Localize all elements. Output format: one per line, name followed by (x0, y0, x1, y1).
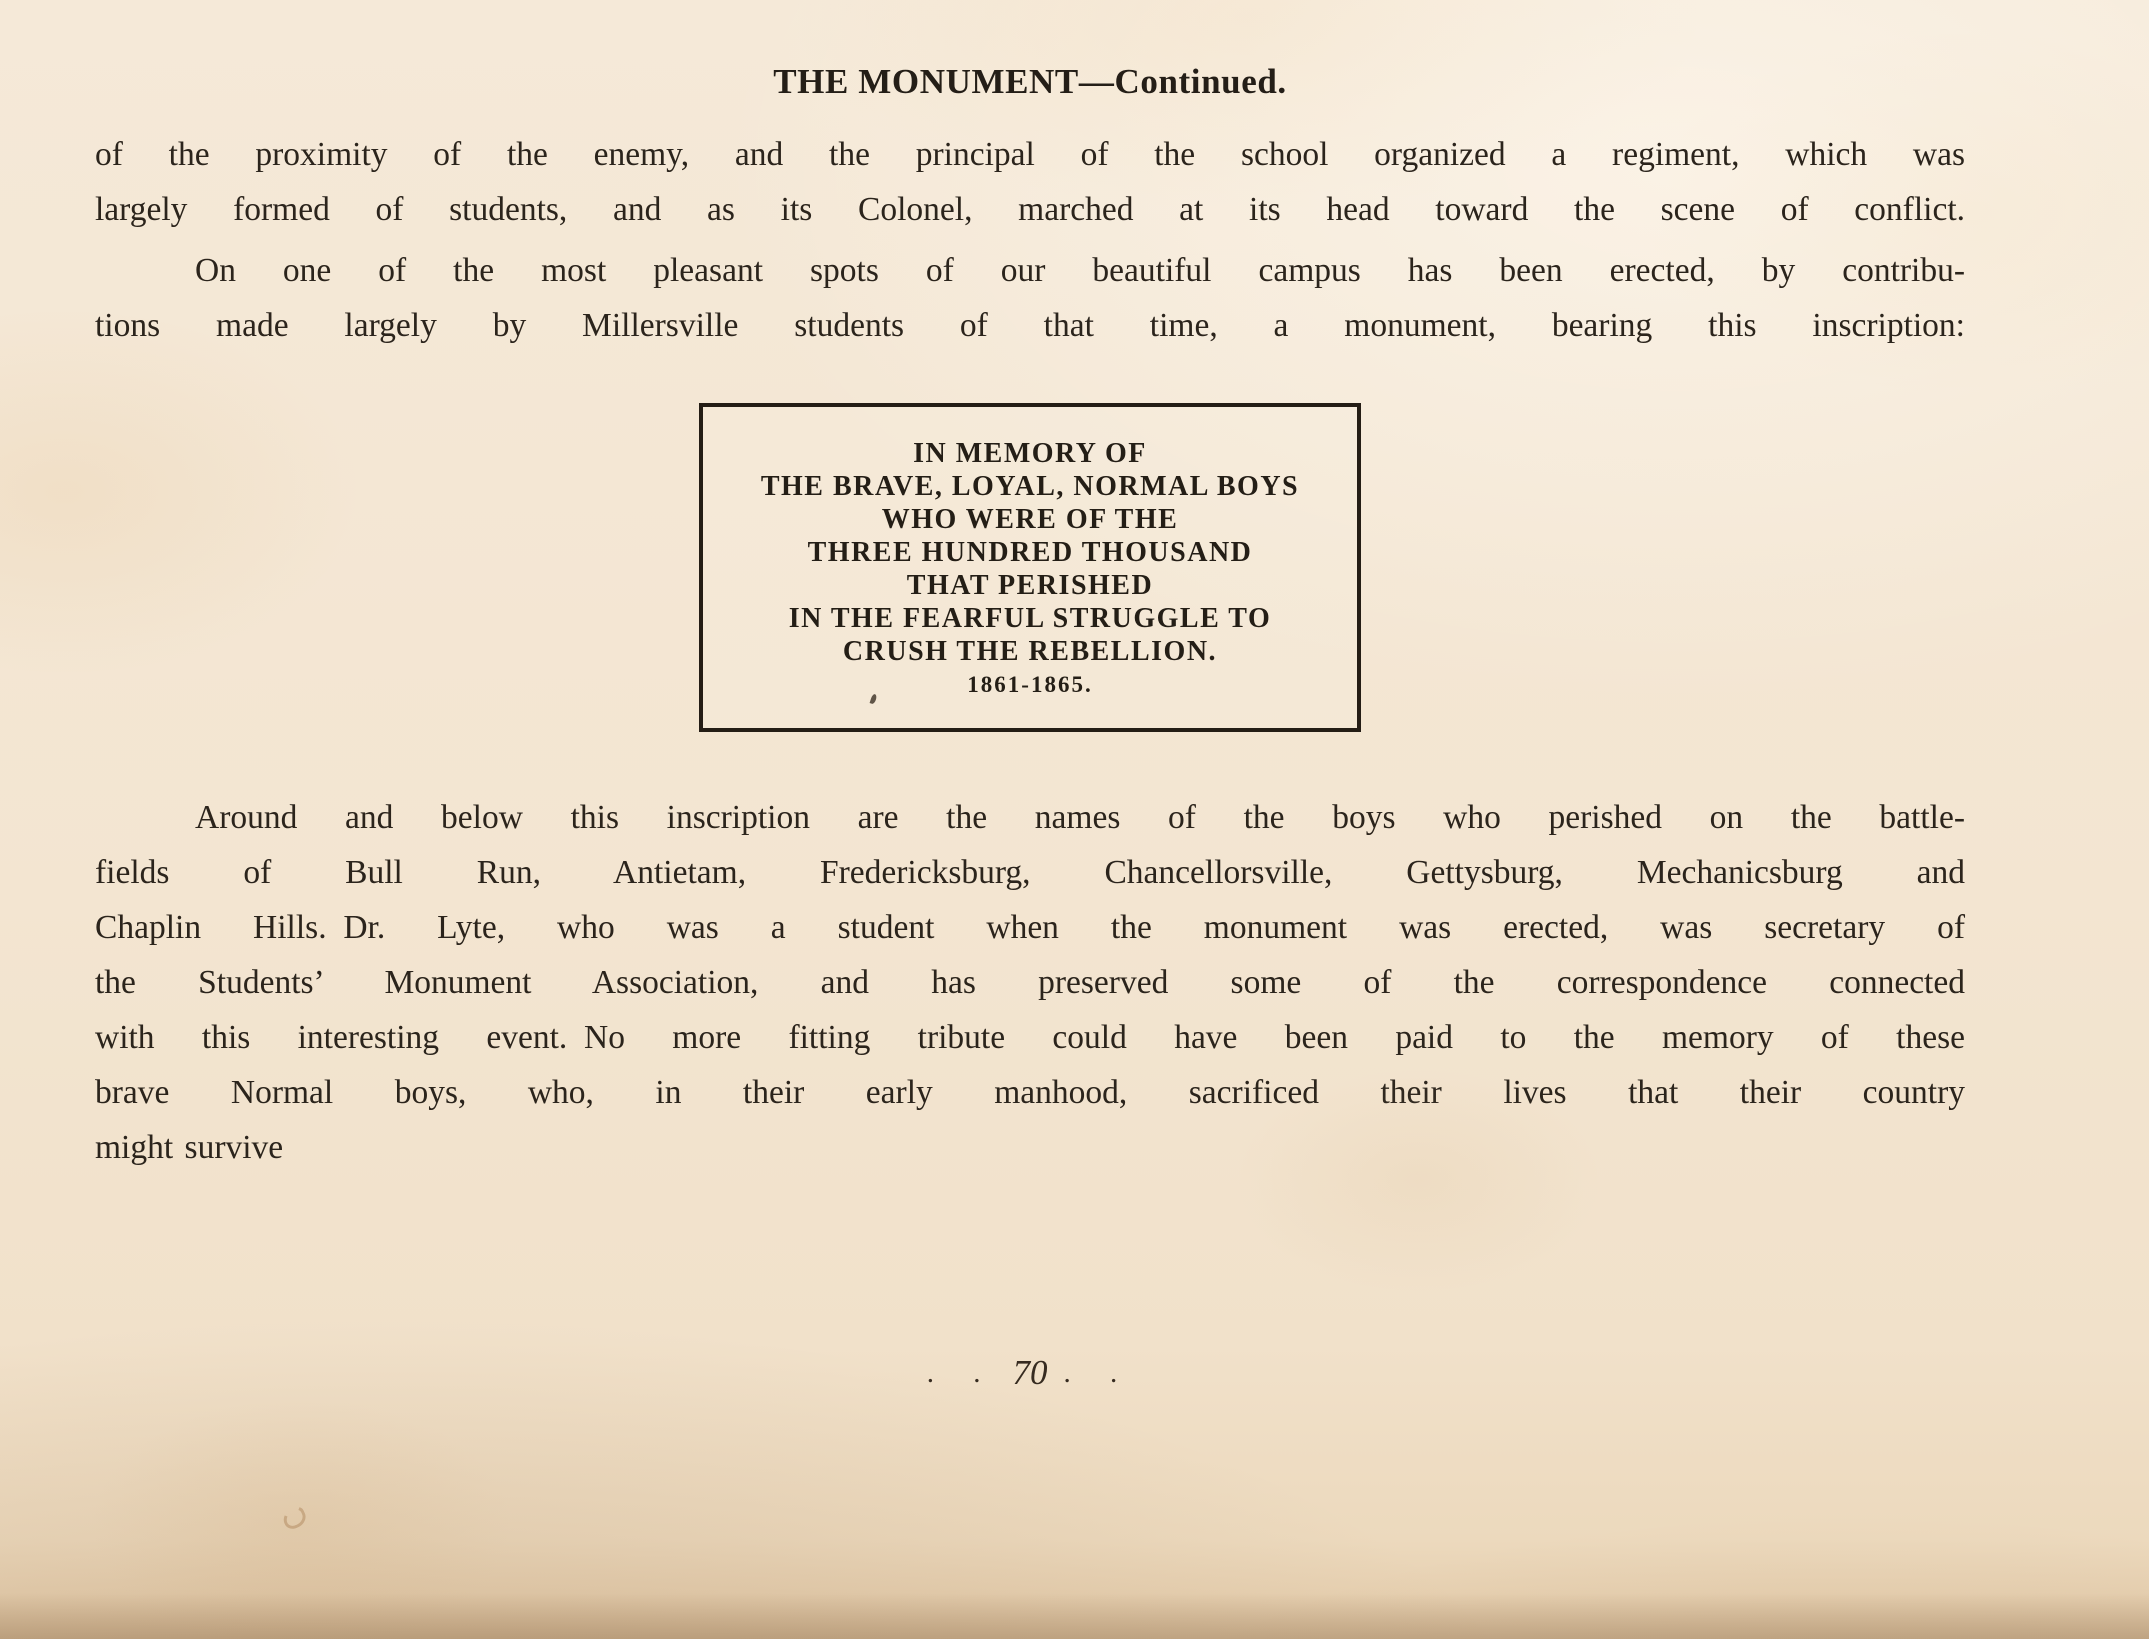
paper-blemish (280, 1504, 309, 1532)
text-line: with this interesting event. No more fit… (95, 1010, 1965, 1065)
text-line: On one of the most pleasant spots of our… (95, 243, 1965, 298)
text-line: of the proximity of the enemy, and the p… (95, 127, 1965, 182)
page-number-value: 70 (997, 1353, 1064, 1392)
page-heading: THE MONUMENT—Continued. (95, 62, 1965, 102)
page-number-dots-left: . . (927, 1357, 997, 1389)
inscription-line: THREE HUNDRED THOUSAND (715, 536, 1345, 569)
paragraph-1: of the proximity of the enemy, and the p… (95, 127, 1965, 237)
inscription-line: IN THE FEARFUL STRUGGLE TO (715, 602, 1345, 635)
inscription-line: THAT PERISHED (715, 569, 1345, 602)
page-number-dots-right: . . (1064, 1357, 1134, 1389)
text-line: tions made largely by Millersville stude… (95, 298, 1965, 353)
inscription-line: IN MEMORY OF (715, 437, 1345, 470)
text-line: might survive (95, 1120, 1965, 1175)
text-line: Chaplin Hills. Dr. Lyte, who was a stude… (95, 900, 1965, 955)
scanned-book-page: THE MONUMENT—Continued. of the proximity… (0, 0, 2149, 1639)
inscription-line: THE BRAVE, LOYAL, NORMAL BOYS (715, 470, 1345, 503)
text-line: largely formed of students, and as its C… (95, 182, 1965, 237)
text-line: the Students’ Monument Association, and … (95, 955, 1965, 1010)
inscription-date: 1861-1865. (715, 672, 1345, 698)
text-line: fields of Bull Run, Antietam, Fredericks… (95, 845, 1965, 900)
paragraph-3: Around and below this inscription are th… (95, 790, 1965, 1175)
text-line: Around and below this inscription are th… (95, 790, 1965, 845)
inscription-box: IN MEMORY OF THE BRAVE, LOYAL, NORMAL BO… (699, 403, 1361, 732)
paragraph-2: On one of the most pleasant spots of our… (95, 243, 1965, 353)
inscription-line: CRUSH THE REBELLION. (715, 635, 1345, 668)
text-line: brave Normal boys, who, in their early m… (95, 1065, 1965, 1120)
page-number: . .70. . (95, 1353, 1965, 1393)
text-column: THE MONUMENT—Continued. of the proximity… (95, 0, 1965, 1393)
inscription-line: WHO WERE OF THE (715, 503, 1345, 536)
